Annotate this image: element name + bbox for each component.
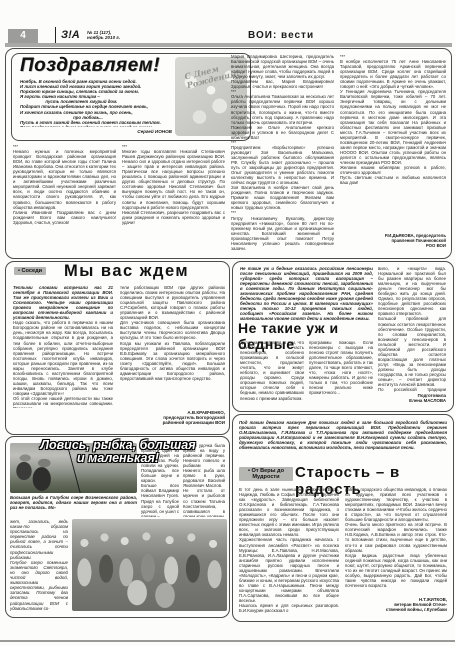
section-title: ВОИ: вести [248, 30, 314, 41]
congrats-title: Поздравляем! [20, 55, 160, 77]
congrats-article: Поздравляем! Ноябрь. В оконной белой рам… [5, 48, 452, 259]
neighbors-title: Мы вас ждем [64, 262, 189, 281]
congrats-column-2: *** Многие годы возглавлял Николай Степа… [122, 144, 225, 250]
neighbors-article: • Соседи Мы вас ждем Теплыми словами вст… [5, 261, 230, 435]
congrats-column-4: *** В ноябре исполняется 75 лет Анне Ник… [340, 54, 446, 232]
oldage-signature: Н.Т.ЖИТКОВ, ветеран Великой Отече- ствен… [345, 597, 447, 613]
congrats-signature: Р.И.ДЬЯКОВА, председатель правления Почи… [340, 233, 446, 248]
poem-box: Поздравляем! Ноябрь. В оконной белой рам… [11, 53, 251, 141]
congrats-column-3: Мария Владимировна Шестерина, председате… [231, 54, 334, 250]
neighbors-rubric-tag: • Соседи [14, 267, 46, 275]
newspaper-page: 4 З!А № 11 (117), ноябрь 2010 г. ВОИ: ве… [0, 0, 455, 646]
neighbors-signature: А.В.КРАВЧЕНКО, председатель Богородской … [101, 410, 225, 426]
group-photo [72, 519, 227, 611]
pensioners-column-2: программы помощи. Если пенсионеры с выхо… [309, 340, 373, 406]
neighbors-column-2: тели работающих ВОИ при других районах п… [120, 285, 225, 408]
oldage-intro: Под таким девизом накануне Дня пожилых л… [239, 420, 447, 463]
pensioners-column-3: вило, и «нищета» вида. Нормальной же пра… [378, 266, 446, 392]
issue-info: № 11 (117), ноябрь 2010 г. [87, 30, 120, 40]
fishing-article: Ловись, рыбка, большая и маленькая! глас… [5, 436, 230, 618]
oldage-column-1: В тот день в зале нынешние отважные Вера… [239, 487, 339, 615]
newspaper-logo: З!А [61, 29, 80, 41]
neighbors-column-1: Теплыми словами встречали нас 21 сентябр… [13, 285, 113, 408]
header-divider [55, 27, 56, 44]
oldage-column-2: работе городского общества инвалидов, о … [345, 487, 447, 595]
oldage-article: Под таким девизом накануне Дня пожилых л… [232, 414, 454, 622]
fishing-title: Ловись, рыбка, большая и маленькая! [12, 439, 224, 465]
fishing-caption: Большая рыба в Голубом озере Вознесенско… [10, 495, 137, 517]
neighbors-column-1-body: Надо сказать, что работа в первичках в н… [13, 320, 113, 408]
footer-rule [0, 640, 455, 642]
fishing-caption-continued: жет, зазнались, ведь каким-то образом пр… [10, 519, 68, 611]
pensioners-intro: Не такие уж и бедные оказались российски… [240, 266, 373, 320]
poem-author: Сергей ИОНОВ [72, 129, 172, 134]
pensioners-column-1: Дело, на наш взгляд, в том, что значител… [240, 340, 304, 406]
page-number: 4 [8, 29, 38, 43]
oldage-rubric-tag: • От Веры до Мудрости [239, 467, 293, 481]
neighbors-lead: Теплыми словами встречали нас 21 сентябр… [13, 285, 113, 320]
poem-text: Ноябрь. В оконной белой раме картина осе… [20, 79, 174, 127]
pensioners-signature: Подготовила Елена МАСЛОВА [378, 393, 446, 403]
pensioners-article: Не такие уж и бедные оказались российски… [232, 261, 454, 412]
header-rule [5, 43, 452, 47]
congrats-column-1: *** Немало нужных и полезных мероприятий… [13, 144, 116, 250]
